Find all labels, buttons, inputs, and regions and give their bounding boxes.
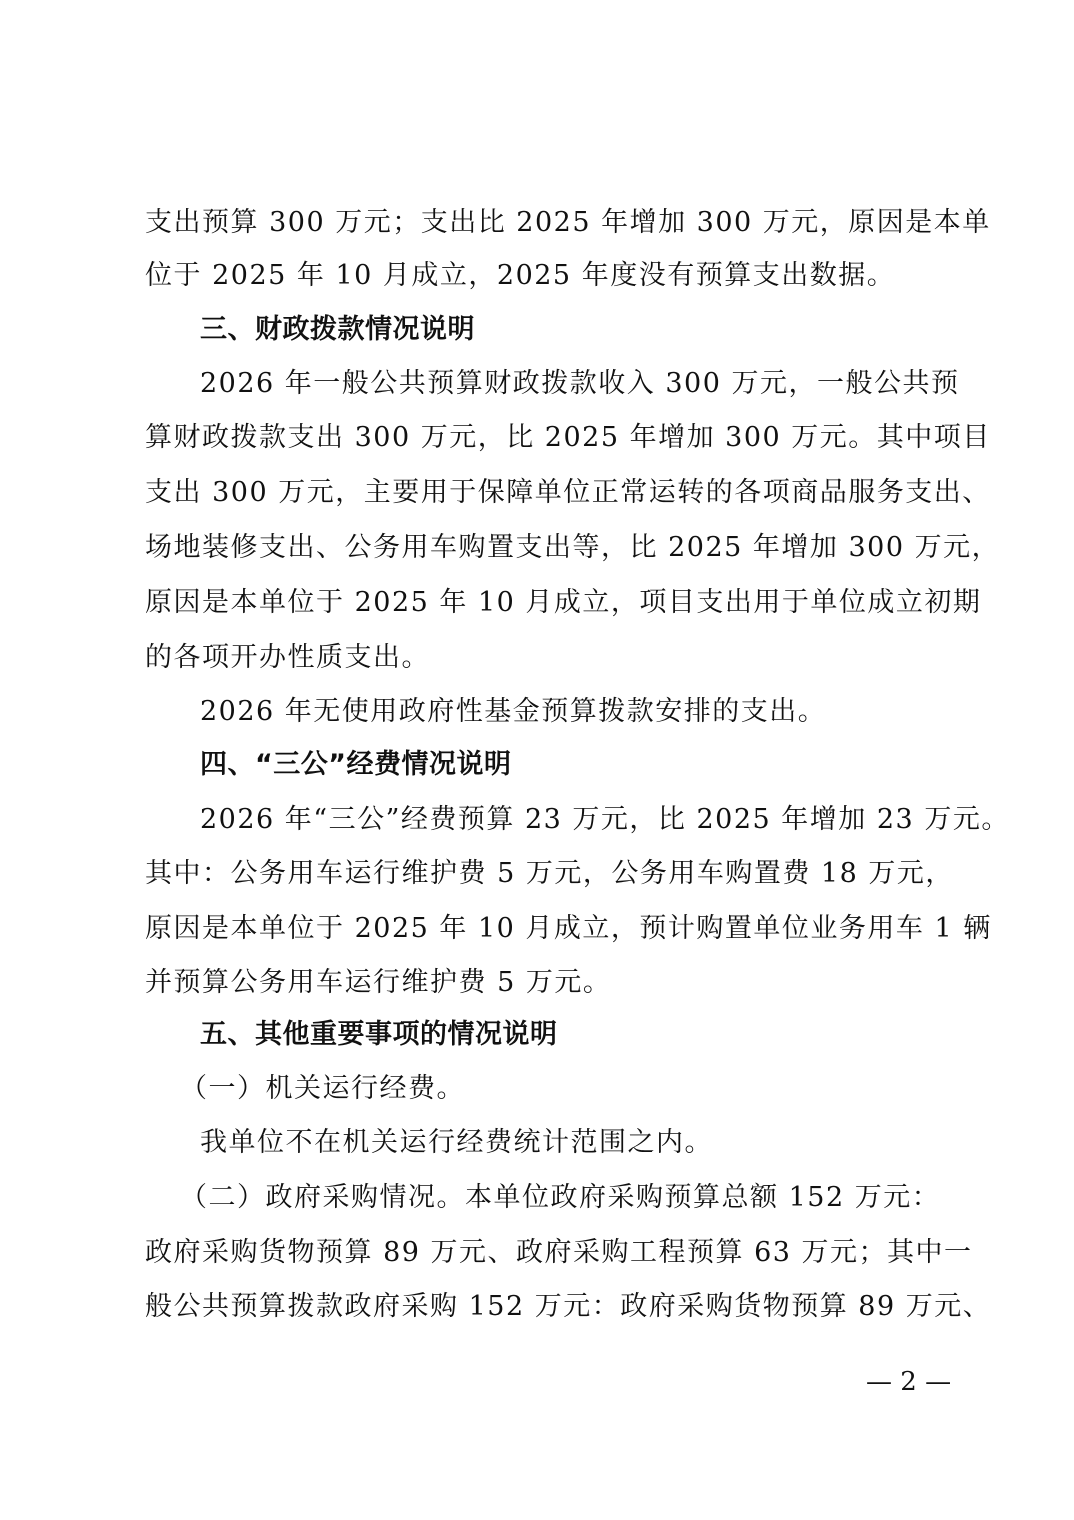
document-page: 支出预算 300 万元；支出比 2025 年增加 300 万元，原因是本单 位于… bbox=[0, 0, 1074, 1520]
body-text-line: 支出 300 万元，主要用于保障单位正常运转的各项商品服务支出、 bbox=[145, 476, 991, 510]
body-text-line: 我单位不在机关运行经费统计范围之内。 bbox=[200, 1126, 713, 1160]
body-text-line: 支出预算 300 万元；支出比 2025 年增加 300 万元，原因是本单 bbox=[145, 206, 991, 240]
body-text-line: 位于 2025 年 10 月成立，2025 年度没有预算支出数据。 bbox=[145, 259, 895, 293]
body-text-line: 的各项开办性质支出。 bbox=[145, 641, 430, 675]
body-text-line: 其中：公务用车运行维护费 5 万元，公务用车购置费 18 万元， bbox=[145, 857, 954, 891]
body-text-line: 原因是本单位于 2025 年 10 月成立，预计购置单位业务用车 1 辆 bbox=[145, 912, 992, 946]
section-heading-5: 五、其他重要事项的情况说明 bbox=[200, 1018, 558, 1052]
body-text-line: 政府采购货物预算 89 万元、政府采购工程预算 63 万元；其中一 bbox=[145, 1236, 973, 1270]
body-text-line: 原因是本单位于 2025 年 10 月成立，项目支出用于单位成立初期 bbox=[145, 586, 981, 620]
body-text-line: 场地装修支出、公务用车购置支出等，比 2025 年增加 300 万元， bbox=[145, 531, 1000, 565]
body-text-line: 2026 年“三公”经费预算 23 万元，比 2025 年增加 23 万元。 bbox=[200, 803, 1010, 837]
section-heading-4: 四、“三公”经费情况说明 bbox=[200, 748, 512, 782]
subsection-heading-2: （二）政府采购情况。本单位政府采购预算总额 152 万元： bbox=[180, 1181, 940, 1215]
body-text-line: 算财政拨款支出 300 万元，比 2025 年增加 300 万元。其中项目 bbox=[145, 421, 991, 455]
subsection-heading-1: （一）机关运行经费。 bbox=[180, 1072, 465, 1106]
body-text-line: 2026 年无使用政府性基金预算拨款安排的支出。 bbox=[200, 695, 826, 729]
body-text-line: 并预算公务用车运行维护费 5 万元。 bbox=[145, 966, 611, 1000]
body-text-line: 般公共预算拨款政府采购 152 万元：政府采购货物预算 89 万元、 bbox=[145, 1290, 991, 1324]
page-number: — 2 — bbox=[866, 1365, 951, 1399]
section-heading-3: 三、财政拨款情况说明 bbox=[200, 313, 475, 347]
body-text-line: 2026 年一般公共预算财政拨款收入 300 万元，一般公共预 bbox=[200, 367, 960, 401]
